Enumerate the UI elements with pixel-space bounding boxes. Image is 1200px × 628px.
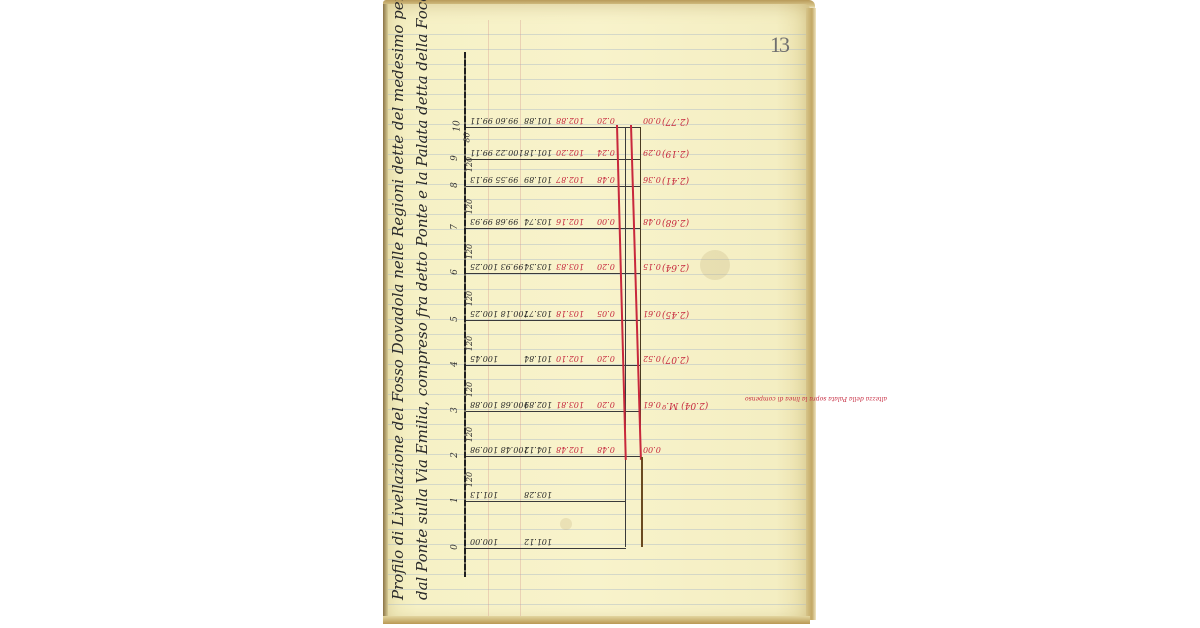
ground-elevation-left: 99.60 99.11 (470, 116, 518, 125)
ground-elevation-right: 102.48 (556, 445, 584, 454)
page-right-edge (806, 8, 816, 620)
title-line-1: Profilo di Livellazione del Fosso Dovado… (386, 0, 410, 600)
ground-elevation-mid: 103.77 (524, 309, 552, 318)
ground-elevation-left: 99.93 100.25 (470, 262, 523, 271)
section-distance: 120 (465, 244, 474, 259)
depth-left: 0.48 (597, 175, 615, 184)
ground-elevation-left: 100.48 100.98 (470, 445, 529, 454)
ground-elevation-mid: 104.12 (524, 445, 552, 454)
section-line (466, 159, 640, 160)
section-line (466, 228, 640, 229)
ground-elevation-left: 99.55 99.13 (470, 175, 518, 184)
section-line (466, 186, 640, 187)
section-distance: 120 (465, 427, 474, 442)
ground-elevation-left: 99.68 99.93 (470, 217, 518, 226)
ground-elevation-left: 100.18 100.25 (470, 309, 529, 318)
ground-elevation-right: 102.10 (556, 354, 584, 363)
section-distance: 120 (465, 382, 474, 397)
depth-right: 0.00 (643, 445, 661, 454)
section-line (466, 411, 640, 412)
paper-stain (700, 250, 730, 280)
profile-boundary-line (625, 127, 626, 547)
page-bottom-edge (383, 616, 810, 624)
section-number: 2 (450, 452, 460, 458)
depth-left: 0.00 (597, 217, 615, 226)
depth-left: 0.20 (597, 262, 615, 271)
profile-axis-dashes (464, 52, 466, 577)
side-note: altezza della Palata sopra la linea di c… (745, 395, 887, 401)
ground-elevation-right: 102.88 (556, 116, 584, 125)
section-number: 8 (450, 182, 460, 188)
section-line (466, 456, 640, 457)
ground-elevation-right: 102.87 (556, 175, 584, 184)
depth-left: 0.24 (597, 148, 615, 157)
section-number: 9 (450, 155, 460, 161)
ground-elevation-left: 100.45 (470, 354, 498, 363)
ground-elevation-mid: 101.18 (524, 148, 552, 157)
section-distance: 120 (465, 199, 474, 214)
ground-elevation-mid: 103.28 (524, 490, 552, 499)
ground-elevation-right: 102.16 (556, 217, 584, 226)
height-annotation: (2.77) (662, 116, 689, 126)
height-annotation: (2.45) (662, 309, 689, 319)
ground-elevation-mid: 101.12 (524, 537, 552, 546)
section-number: 7 (450, 224, 460, 230)
height-annotation: (2.07) (662, 354, 689, 364)
section-number: 1 (450, 497, 460, 503)
page-number: 13 (770, 32, 788, 58)
ground-elevation-right: 102.20 (556, 148, 584, 157)
section-line (466, 127, 640, 128)
section-distance: 120 (465, 472, 474, 487)
section-number: 3 (450, 407, 460, 413)
height-annotation: (2.68) (662, 217, 689, 227)
margin-line (488, 20, 489, 616)
section-number: 0 (450, 544, 460, 550)
title-line-2: dal Ponte sulla Via Emilia, compreso fra… (410, 0, 434, 600)
depth-right: 0.36 (643, 175, 661, 184)
ground-elevation-left: 100.00 (470, 537, 498, 546)
section-number: 5 (450, 316, 460, 322)
bank-line-lower (641, 457, 643, 547)
depth-left: 0.48 (597, 445, 615, 454)
height-annotation: (2.19) (662, 148, 689, 158)
height-annotation: (2.64) (662, 262, 689, 272)
section-distance: 120 (465, 291, 474, 306)
margin-line (520, 20, 521, 616)
section-distance: 80 (463, 132, 472, 142)
depth-right: 0.00 (643, 116, 661, 125)
height-annotation: (2.04) M.º (662, 400, 708, 410)
ground-elevation-mid: 101.84 (524, 354, 552, 363)
ground-elevation-right: 103.81 (556, 400, 584, 409)
depth-left: 0.05 (597, 309, 615, 318)
ground-elevation-right: 103.18 (556, 309, 584, 318)
ground-elevation-left: 100.68 100.88 (470, 400, 529, 409)
section-line (466, 273, 640, 274)
ground-elevation-left: 101.13 (470, 490, 498, 499)
ground-elevation-mid: 102.89 (524, 400, 552, 409)
ground-elevation-mid: 101.88 (524, 116, 552, 125)
paper-stain (560, 518, 572, 530)
depth-right: 0.61 (643, 309, 661, 318)
section-distance: 120 (465, 336, 474, 351)
ground-elevation-right: 103.83 (556, 262, 584, 271)
section-line (466, 501, 626, 502)
ground-elevation-left: 100.22 99.11 (470, 148, 523, 157)
depth-left: 0.20 (597, 354, 615, 363)
depth-right: 0.15 (643, 262, 661, 271)
ground-elevation-mid: 103.34 (524, 262, 552, 271)
depth-right: 0.52 (643, 354, 661, 363)
ground-elevation-mid: 101.89 (524, 175, 552, 184)
depth-right: 0.61 (643, 400, 661, 409)
depth-right: 0.29 (643, 148, 661, 157)
section-number: 6 (450, 269, 460, 275)
section-line (466, 548, 626, 549)
height-annotation: (2.41) (662, 175, 689, 185)
ground-elevation-mid: 103.74 (524, 217, 552, 226)
document-title: Profilo di Livellazione del Fosso Dovado… (386, 0, 466, 600)
section-line (466, 365, 640, 366)
depth-left: 0.20 (597, 116, 615, 125)
section-number: 10 (453, 120, 463, 131)
section-line (466, 320, 640, 321)
section-number: 4 (450, 361, 460, 367)
depth-right: 0.48 (643, 217, 661, 226)
depth-left: 0.20 (597, 400, 615, 409)
